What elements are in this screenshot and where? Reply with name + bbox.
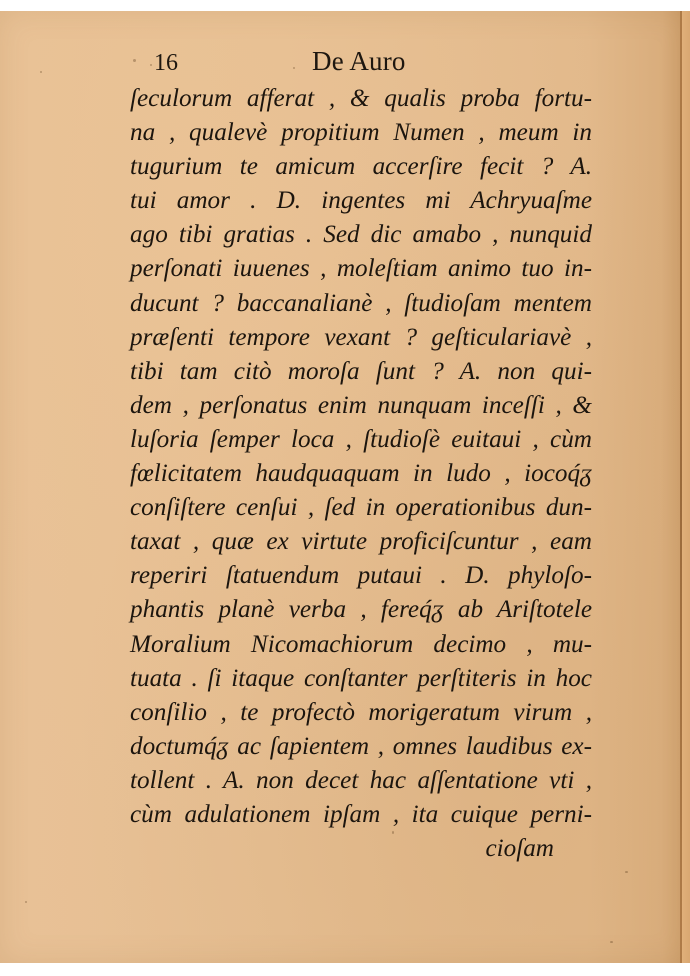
page-number: 16 <box>154 50 178 77</box>
text-line: tollent . A. non decet hac aſſentatione … <box>130 764 592 798</box>
page-edge-shadow <box>680 11 682 963</box>
text-line: ducunt ? baccanalianè , ſtudioſam mentem <box>130 287 592 321</box>
running-head: 16 De Auro <box>150 46 590 80</box>
text-line: Moralium Nicomachiorum decimo , mu- <box>130 628 592 662</box>
text-line: conſiſtere cenſui , ſed in operationibus… <box>130 491 592 525</box>
text-line: præſenti tempore vexant ? geſticulariavè… <box>130 321 592 355</box>
text-line: ago tibi gratias . Sed dic amabo , nunqu… <box>130 218 592 252</box>
text-line: phantis planè verba , fereq́ᵹ ab Ariſtot… <box>130 593 592 627</box>
catchword: cioſam <box>130 832 592 866</box>
body-text: ſeculorum afferat , & qualis proba fortu… <box>130 82 592 866</box>
text-line: cùm adulationem ipſam , ita cuique perni… <box>130 798 592 832</box>
text-line: perſonati iuuenes , moleſtiam animo tuo … <box>130 252 592 286</box>
text-line: ſeculorum afferat , & qualis proba fortu… <box>130 82 592 116</box>
text-line: tugurium te amicum accerſire fecit ? A. <box>130 150 592 184</box>
paper-speck <box>625 871 628 873</box>
paper-speck <box>25 901 27 903</box>
paper-speck <box>610 941 613 943</box>
text-line: conſilio , te profectò morigeratum virum… <box>130 696 592 730</box>
text-line: dem , perſonatus enim nunquam inceſſi , … <box>130 389 592 423</box>
page-fore-edge <box>682 11 690 963</box>
paper-speck <box>133 59 136 62</box>
text-line: na , qualevè propitium Numen , meum in <box>130 116 592 150</box>
text-line: reperiri ſtatuendum putaui . D. phyloſo- <box>130 559 592 593</box>
paper-speck <box>40 71 42 73</box>
running-title: De Auro <box>312 46 406 77</box>
text-line: doctumq́ᵹ ac ſapientem , omnes laudibus … <box>130 730 592 764</box>
text-line: luſoria ſemper loca , ſtudioſè euitaui ,… <box>130 423 592 457</box>
text-line: fœlicitatem haudquaquam in ludo , iocoq́… <box>130 457 592 491</box>
text-line: taxat , quæ ex virtute proficiſcuntur , … <box>130 525 592 559</box>
text-line: tui amor . D. ingentes mi Achryuaſme <box>130 184 592 218</box>
text-line: tibi tam citò moroſa ſunt ? A. non qui- <box>130 355 592 389</box>
text-line: tuata . ſi itaque conſtanter perſtiteris… <box>130 662 592 696</box>
